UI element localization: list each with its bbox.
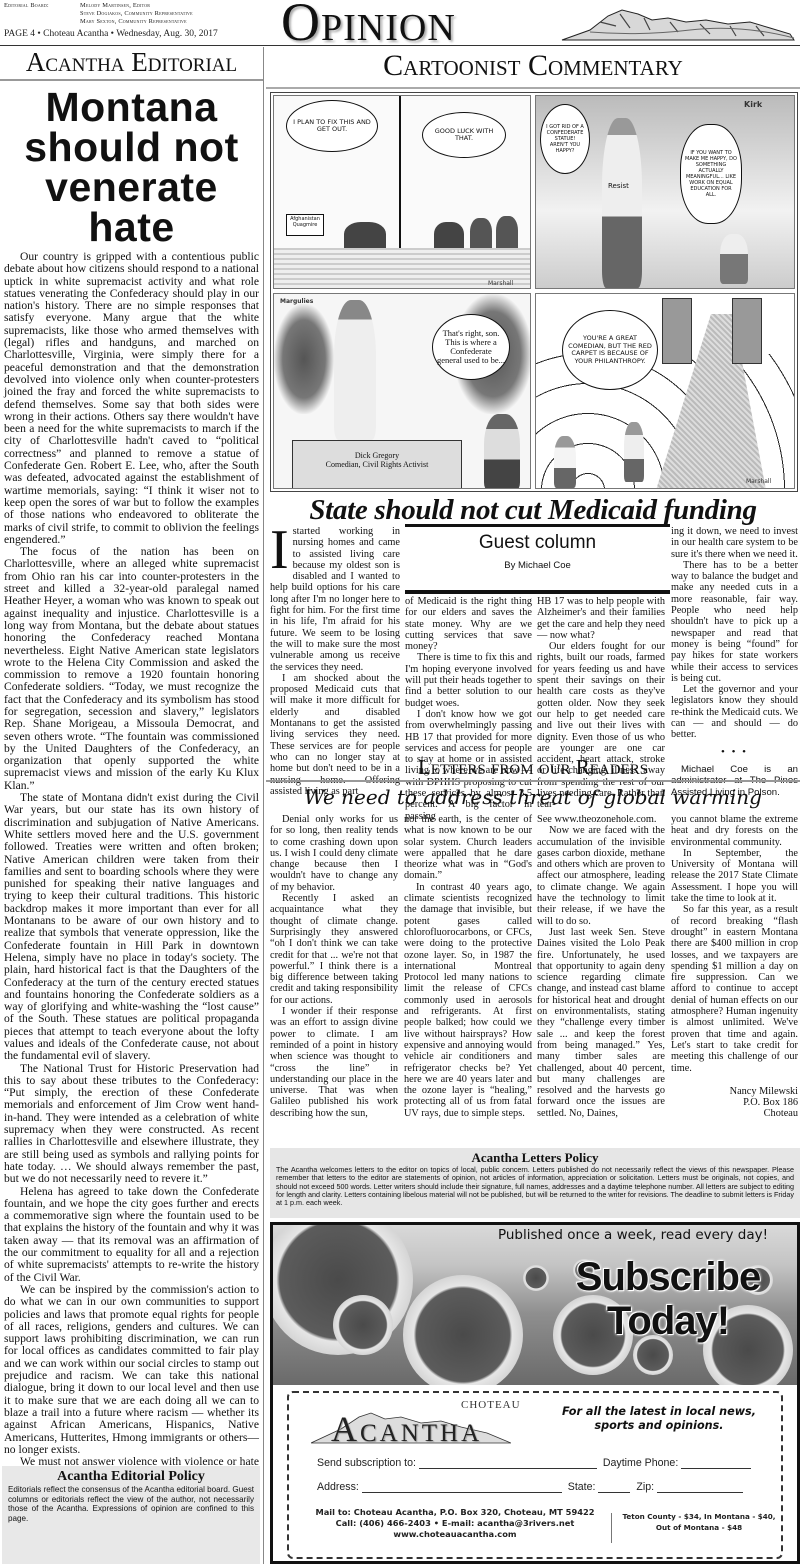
letter-author: Nancy Milewski: [671, 1086, 798, 1097]
speech-bubble: I got rid of a Confederate statue! Aren'…: [540, 104, 590, 174]
guest-column-headline: State should not cut Medicaid funding: [266, 494, 800, 526]
letter-col1: Denial only works for us for so long, th…: [270, 814, 398, 1119]
cartoon-afghanistan: I plan to fix this and get out. Good luc…: [273, 95, 531, 289]
letter-paragraph: Denial only works for us for so long, th…: [270, 814, 398, 893]
letter-city: Choteau: [671, 1108, 798, 1119]
letter-headline: We need to address threat of global warm…: [266, 786, 800, 810]
guest-paragraph: of Medicaid is the right thing for our e…: [405, 596, 532, 652]
quagmire-sign: Afghanistan Quagmire: [286, 214, 324, 236]
letter-paragraph: I wonder if their response was an effort…: [270, 1006, 398, 1119]
send-to-field[interactable]: [419, 1459, 597, 1469]
plinth-subtitle: Comedian, Civil Rights Activist: [293, 460, 461, 469]
guest-column-title: Guest column: [405, 532, 670, 554]
price-line: Teton County - $34, In Montana - $40,: [619, 1512, 779, 1523]
price-line: Out of Montana - $48: [619, 1523, 779, 1534]
guest-paragraph: There has to be a better way to balance …: [671, 560, 798, 684]
speech-bubble: Good luck with that.: [422, 112, 506, 158]
address-label: Address:: [317, 1481, 359, 1493]
zip-label: Zip:: [636, 1481, 654, 1493]
drop-cap: I: [270, 528, 289, 572]
letter-paragraph: So far this year, as a result of record …: [671, 904, 798, 1073]
cartoonist-signature: Marshall: [488, 280, 513, 287]
letters-policy-box: Acantha Letters Policy The Acantha welco…: [270, 1148, 800, 1218]
cartoon-dick-gregory: That's right, son. This is where a Confe…: [273, 293, 531, 489]
phone-label: Daytime Phone:: [603, 1457, 678, 1469]
coupon-divider: [611, 1513, 612, 1543]
letter-paragraph: In contrast 40 years ago, climate scient…: [404, 882, 532, 1119]
section-title: Opinion: [281, 0, 456, 50]
cartoonist-signature: Kirk: [744, 100, 762, 109]
board-member: Steve Dogiakos, Community Representative: [80, 10, 300, 18]
slogan-line: For all the latest in local news,: [539, 1405, 779, 1419]
state-field[interactable]: [598, 1483, 630, 1493]
cartoonist-signature: Marshall: [746, 478, 771, 485]
coupon-slogan: For all the latest in local news, sports…: [539, 1405, 779, 1433]
state-label: State:: [568, 1481, 596, 1493]
editorial-paragraph: Helena has agreed to take down the Confe…: [4, 1186, 259, 1284]
guest-paragraph: HB 17 was to help people with Alzheimer'…: [537, 596, 665, 641]
letter-paragraph: See www.theozonehole.com.: [537, 814, 665, 825]
editorial-board-label: Editorial Board:: [4, 2, 74, 10]
address-field[interactable]: [362, 1483, 562, 1493]
editorial-paragraph: Our country is gripped with a contentiou…: [4, 251, 259, 546]
coupon-row-1: Send subscription to: Daytime Phone:: [317, 1457, 754, 1469]
ad-tagline: Published once a week, read every day!: [473, 1227, 793, 1243]
editorial-paragraph: The state of Montana didn't exist during…: [4, 792, 259, 1063]
guest-paragraph: There is time to fix this and I'm hoping…: [405, 652, 532, 708]
editorial-section-head: Acantha Editorial: [0, 47, 263, 81]
zip-field[interactable]: [657, 1483, 743, 1493]
page-dateline: PAGE 4 • Choteau Acantha • Wednesday, Au…: [4, 29, 218, 39]
guest-column-byline: By Michael Coe: [405, 560, 670, 571]
letter-col4: you cannot blame the extreme heat and dr…: [671, 814, 798, 1120]
mountain-icon: [560, 6, 796, 42]
slogan-line: sports and opinions.: [539, 1419, 779, 1433]
speech-bubble: You're a great comedian, but the red car…: [562, 310, 658, 390]
acantha-logo: CHOTEAU Acantha: [311, 1399, 531, 1449]
cartoonist-signature: Margulies: [280, 298, 313, 305]
send-to-label: Send subscription to:: [317, 1457, 416, 1469]
letter-paragraph: Now we are faced with the accumulation o…: [537, 825, 665, 927]
subscription-prices: Teton County - $34, In Montana - $40, Ou…: [619, 1512, 779, 1533]
editorial-paragraph: The National Trust for Historic Preserva…: [4, 1063, 259, 1186]
board-member: Mary Sexton, Community Representative: [80, 18, 300, 26]
letter-col2: not the earth, is the center of what is …: [404, 814, 532, 1119]
editorial-body: Our country is gripped with a contentiou…: [0, 247, 263, 1554]
editorial-headline: Montana should not venerate hate: [0, 87, 263, 247]
letter-col3: See www.theozonehole.com. Now we are fac…: [537, 814, 665, 1119]
cartoon-grid: I plan to fix this and get out. Good luc…: [270, 92, 798, 492]
subscribe-word: Subscribe: [543, 1255, 793, 1299]
board-member: Melody Martinsen, Editor: [80, 2, 300, 10]
contact-info: Call: (406) 466-2403 • E-mail: acantha@3…: [305, 1518, 605, 1529]
editorial-paragraph: The focus of the nation has been on Char…: [4, 546, 259, 792]
letters-policy-text: The Acantha welcomes letters to the edit…: [276, 1166, 794, 1207]
coupon-row-2: Address: State: Zip:: [317, 1481, 746, 1493]
mail-address: Mail to: Choteau Acantha, P.O. Box 320, …: [305, 1507, 605, 1518]
sunflower-photo: Published once a week, read every day! S…: [273, 1225, 797, 1385]
guest-paragraph: started working in nursing homes and cam…: [270, 526, 400, 673]
subscribe-headline: Subscribe Today!: [543, 1255, 793, 1343]
speech-bubble: That's right, son. This is where a Confe…: [432, 314, 510, 380]
today-word: Today!: [543, 1299, 793, 1343]
guest-column-box: Guest column By Michael Coe: [405, 524, 670, 594]
subscribe-ad: Published once a week, read every day! S…: [270, 1222, 800, 1564]
phone-field[interactable]: [681, 1459, 751, 1469]
shirt-text: Resist: [608, 182, 629, 190]
cartoon-section-head: Cartoonist Commentary: [266, 47, 800, 89]
website-link[interactable]: www.choteauacantha.com: [305, 1529, 605, 1540]
statue-plinth: Dick Gregory Comedian, Civil Rights Acti…: [292, 440, 462, 489]
letters-section-head: Letters from our Readers: [266, 754, 800, 782]
mail-to-info: Mail to: Choteau Acantha, P.O. Box 320, …: [305, 1507, 605, 1540]
cartoon-jerry-lewis: You're a great comedian, but the red car…: [535, 293, 795, 489]
editorial-column: Acantha Editorial Montana should not ven…: [0, 47, 264, 1564]
logo-acantha: Acantha: [331, 1409, 482, 1449]
guest-paragraph: ing it down, we need to invest in our he…: [671, 526, 798, 560]
cartoon-confederate-statue: I got rid of a Confederate statue! Aren'…: [535, 95, 795, 289]
letter-paragraph: Just last week Sen. Steve Daines visited…: [537, 927, 665, 1119]
speech-bubble: I plan to fix this and get out.: [286, 100, 378, 152]
guest-paragraph: Let the governor and your legislators kn…: [671, 684, 798, 740]
letters-policy-title: Acantha Letters Policy: [276, 1150, 794, 1166]
editorial-paragraph: We can be inspired by the commission's a…: [4, 1284, 259, 1456]
editorial-policy-text: Editorials reflect the consensus of the …: [8, 1485, 254, 1523]
letter-paragraph: In September, the University of Montana …: [671, 848, 798, 904]
letter-paragraph: Recently I asked an acquaintance what th…: [270, 893, 398, 1006]
editorial-policy-title: Acantha Editorial Policy: [8, 1469, 254, 1485]
masthead: Editorial Board: Melody Martinsen, Edito…: [0, 0, 800, 46]
letter-address: P.O. Box 186: [671, 1097, 798, 1108]
editorial-policy-box: Acantha Editorial Policy Editorials refl…: [2, 1466, 260, 1564]
letter-paragraph: not the earth, is the center of what is …: [404, 814, 532, 882]
letter-paragraph: you cannot blame the extreme heat and dr…: [671, 814, 798, 848]
plinth-name: Dick Gregory: [293, 451, 461, 460]
speech-bubble: If you want to make me happy, do somethi…: [680, 124, 742, 224]
subscription-coupon[interactable]: CHOTEAU Acantha For all the latest in lo…: [287, 1391, 783, 1559]
